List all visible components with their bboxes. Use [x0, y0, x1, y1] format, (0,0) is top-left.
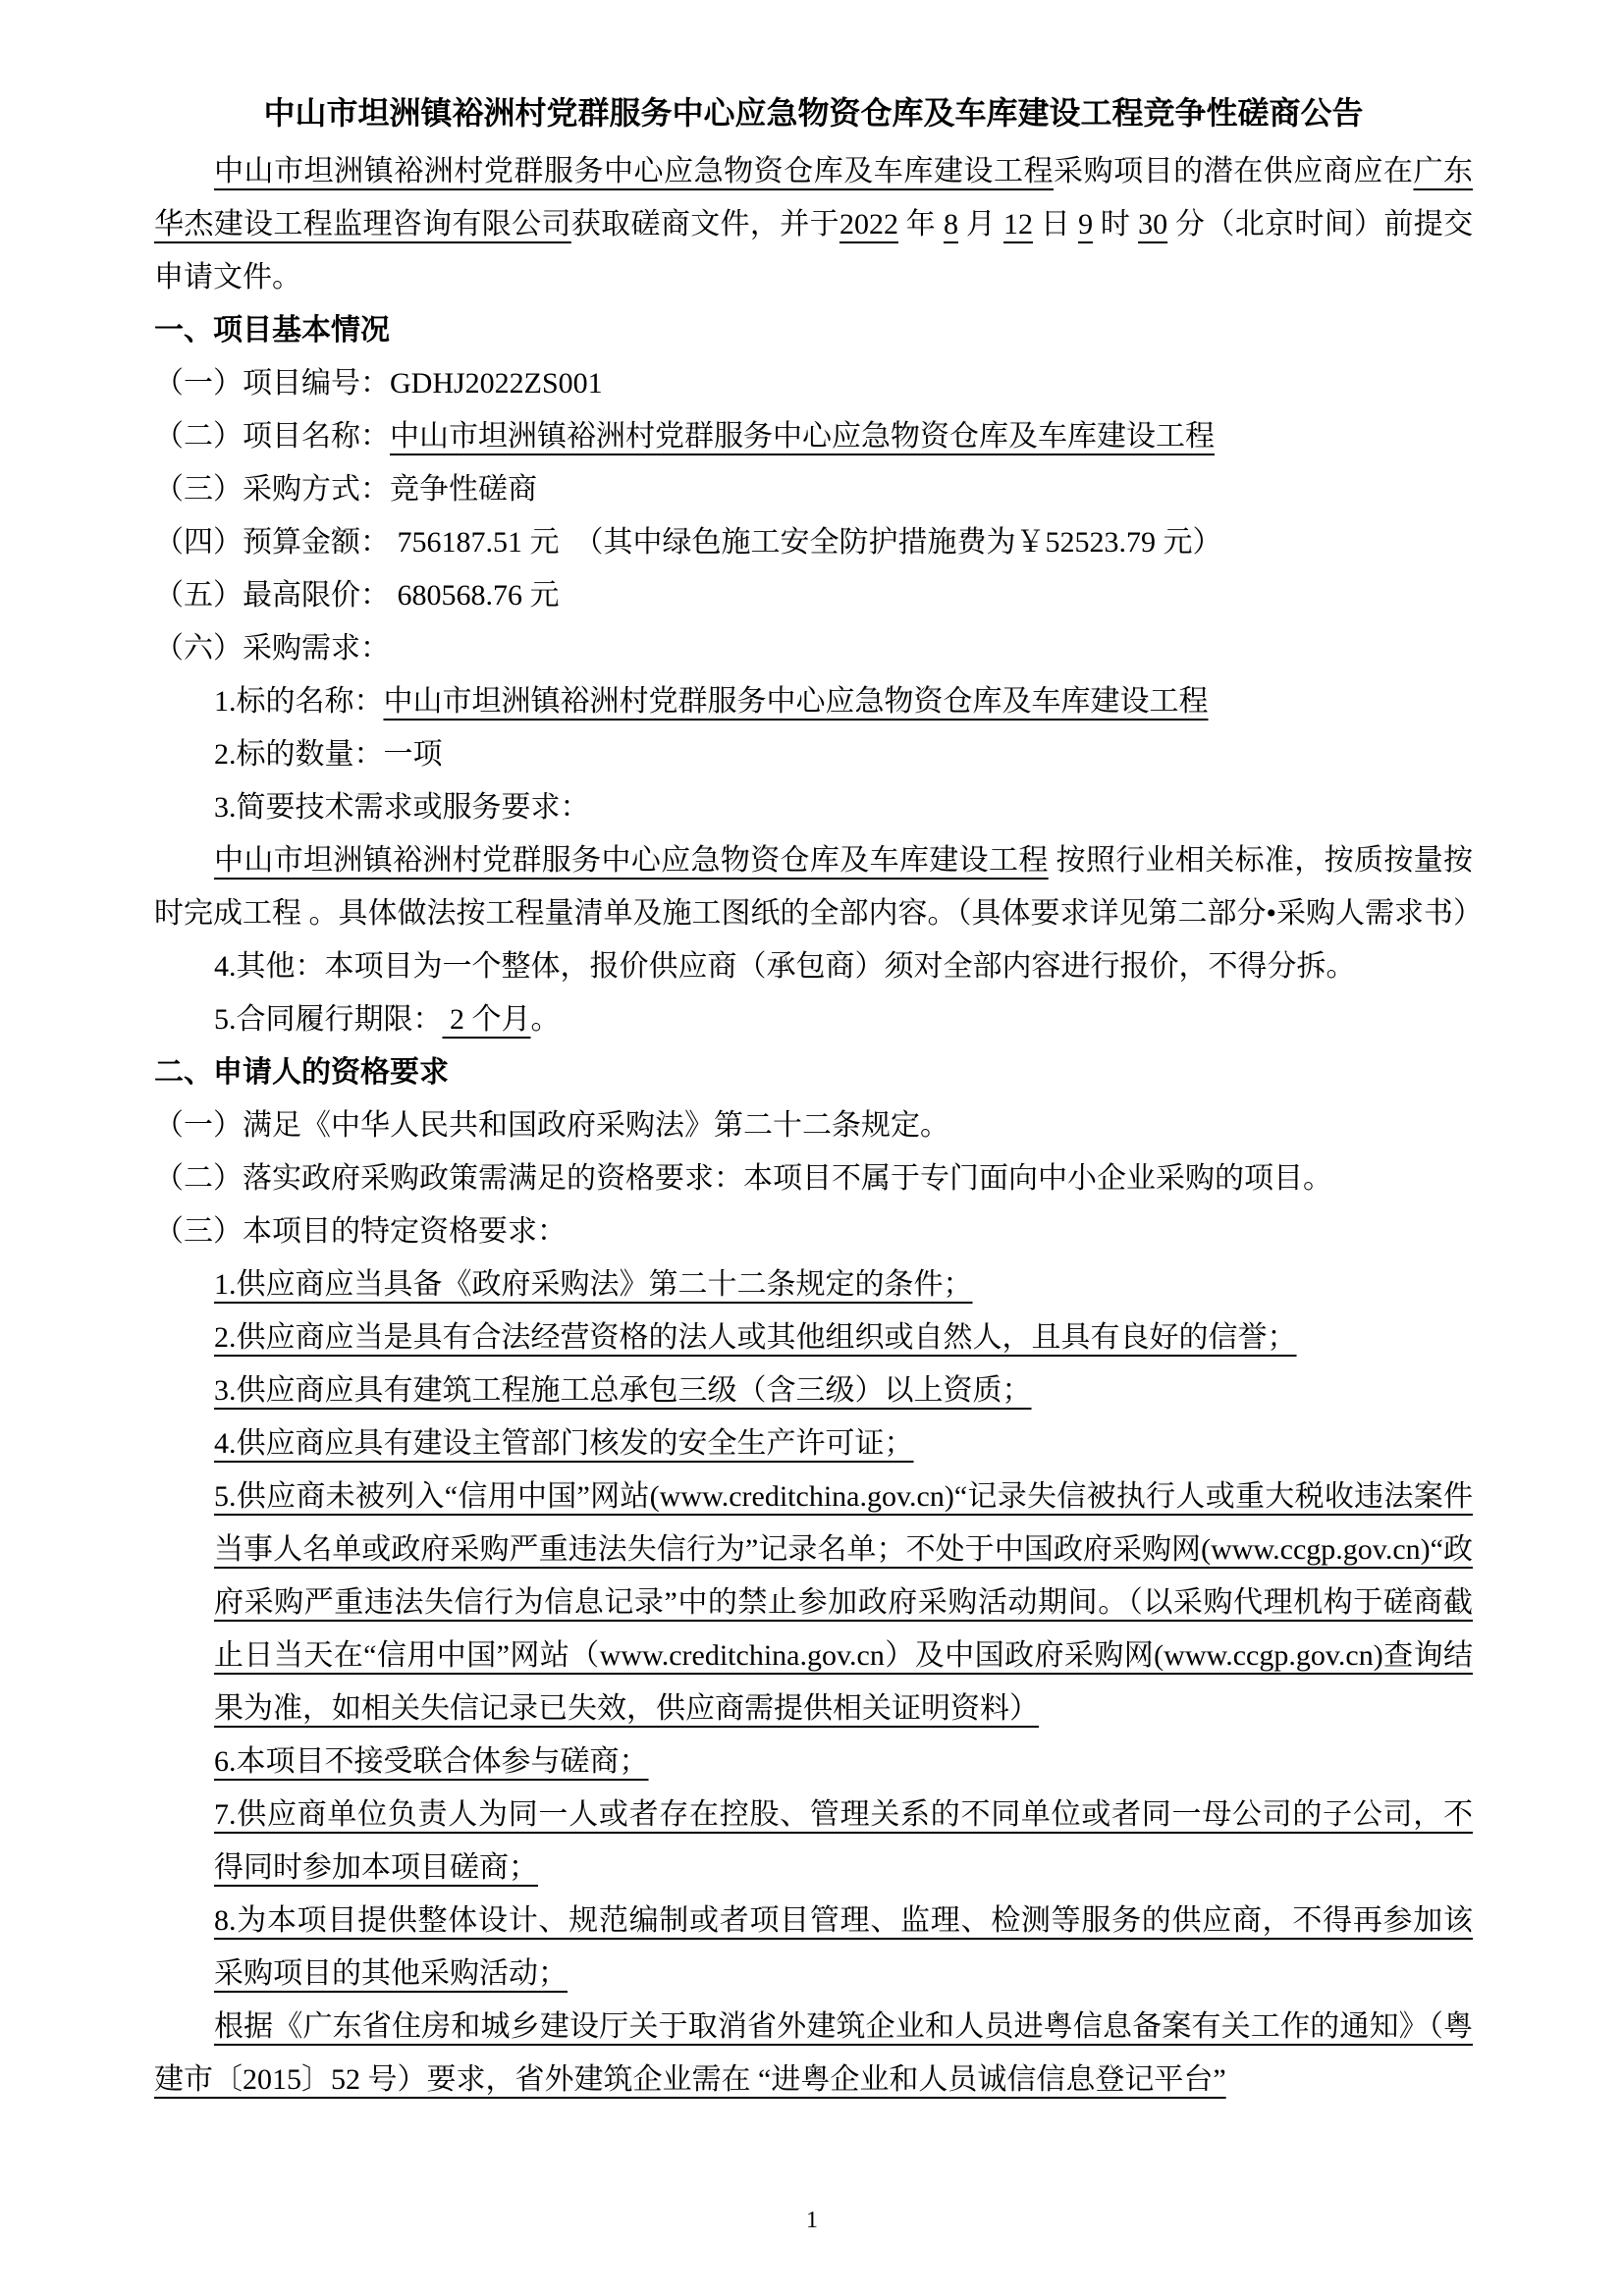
qualification-specific: （三）本项目的特定资格要求：	[154, 1205, 1473, 1258]
section-heading-2: 二、申请人的资格要求	[154, 1046, 1473, 1099]
text-run: 月	[958, 208, 1003, 240]
text-run: 3.简要技术需求或服务要求：	[214, 791, 590, 824]
underlined-text: 中山市坦洲镇裕洲村党群服务中心应急物资仓库及车库建设工程	[384, 685, 1209, 718]
text-run: 时	[1093, 208, 1138, 240]
text-run: 二、申请人的资格要求	[154, 1056, 449, 1089]
underlined-text: 中山市坦洲镇裕洲村党群服务中心应急物资仓库及车库建设工程	[214, 155, 1054, 187]
underlined-text: 8.为本项目提供整体设计、规范编制或者项目管理、监理、检测等服务的供应商，不得再…	[214, 1904, 1473, 1990]
text-run: （二）落实政府采购政策需满足的资格要求：本项目不属于专门面向中小企业采购的项目。	[154, 1162, 1332, 1195]
sub-item-other: 4.其他：本项目为一个整体，报价供应商（承包商）须对全部内容进行报价，不得分拆。	[154, 940, 1473, 993]
item-procurement-demand: （六）采购需求：	[154, 622, 1473, 675]
document-body: 中山市坦洲镇裕洲村党群服务中心应急物资仓库及车库建设工程采购项目的潜在供应商应在…	[154, 145, 1473, 2107]
qualification-policy: （二）落实政府采购政策需满足的资格要求：本项目不属于专门面向中小企业采购的项目。	[154, 1152, 1473, 1205]
document-content: 中山市坦洲镇裕洲村党群服务中心应急物资仓库及车库建设工程竞争性磋商公告 中山市坦…	[154, 84, 1473, 2107]
underlined-text: 中山市坦洲镇裕洲村党群服务中心应急物资仓库及车库建设工程	[390, 420, 1215, 453]
technical-requirements-detail: 中山市坦洲镇裕洲村党群服务中心应急物资仓库及车库建设工程 按照行业相关标准，按质…	[154, 834, 1473, 940]
document-page: 中山市坦洲镇裕洲村党群服务中心应急物资仓库及车库建设工程竞争性磋商公告 中山市坦…	[0, 0, 1624, 2296]
underlined-text: 2.供应商应当是具有合法经营资格的法人或其他组织或自然人，且具有良好的信誉；	[214, 1321, 1297, 1354]
text-run: 2.标的数量：一项	[214, 738, 443, 771]
sub-item-subject-name: 1.标的名称：中山市坦洲镇裕洲村党群服务中心应急物资仓库及车库建设工程	[154, 675, 1473, 728]
text-run: （三）采购方式：竞争性磋商	[154, 473, 537, 506]
text-run: 1.标的名称：	[214, 685, 384, 718]
underlined-text: 6.本项目不接受联合体参与磋商；	[214, 1745, 649, 1778]
text-run: 。	[531, 1003, 561, 1036]
sub-item-subject-quantity: 2.标的数量：一项	[154, 728, 1473, 781]
underlined-text: 30	[1138, 208, 1167, 240]
text-run: 一、项目基本情况	[154, 314, 390, 347]
underlined-text: 12	[1003, 208, 1033, 240]
qualification-general: （一）满足《中华人民共和国政府采购法》第二十二条规定。	[154, 1099, 1473, 1152]
intro-paragraph: 中山市坦洲镇裕洲村党群服务中心应急物资仓库及车库建设工程采购项目的潜在供应商应在…	[154, 145, 1473, 304]
specific-requirement-6: 6.本项目不接受联合体参与磋商；	[214, 1735, 1473, 1789]
text-run: 日	[1033, 208, 1078, 240]
text-run: （三）本项目的特定资格要求：	[154, 1215, 567, 1248]
underlined-text: 9	[1078, 208, 1093, 240]
item-project-number: （一）项目编号：GDHJ2022ZS001	[154, 357, 1473, 410]
text-run: 5.合同履行期限：	[214, 1003, 443, 1036]
item-budget: （四）预算金额： 756187.51 元 （其中绿色施工安全防护措施费为￥525…	[154, 516, 1473, 569]
text-run: （一）满足《中华人民共和国政府采购法》第二十二条规定。	[154, 1109, 949, 1142]
text-run: 获取磋商文件，并于	[571, 208, 839, 240]
text-run: 年	[898, 208, 944, 240]
underlined-text: 4.供应商应具有建设主管部门核发的安全生产许可证；	[214, 1427, 914, 1460]
text-run: （四）预算金额： 756187.51 元 （其中绿色施工安全防护措施费为￥525…	[154, 526, 1222, 559]
text-run: （五）最高限价： 680568.76 元	[154, 579, 560, 612]
specific-requirement-8: 8.为本项目提供整体设计、规范编制或者项目管理、监理、检测等服务的供应商，不得再…	[214, 1895, 1473, 2001]
underlined-text: 2022	[839, 208, 898, 240]
underlined-text: 根据《广东省住房和城乡建设厅关于取消省外建筑企业和人员进粤信息备案有关工作的通知…	[154, 2010, 1473, 2096]
specific-requirement-4: 4.供应商应具有建设主管部门核发的安全生产许可证；	[214, 1417, 1473, 1470]
out-of-province-notice: 根据《广东省住房和城乡建设厅关于取消省外建筑企业和人员进粤信息备案有关工作的通知…	[154, 2001, 1473, 2107]
underlined-text: 5.供应商未被列入“信用中国”网站(www.creditchina.gov.cn…	[214, 1480, 1473, 1725]
specific-requirement-2: 2.供应商应当是具有合法经营资格的法人或其他组织或自然人，且具有良好的信誉；	[214, 1311, 1473, 1364]
underlined-text: 3.供应商应具有建筑工程施工总承包三级（含三级）以上资质；	[214, 1374, 1032, 1407]
specific-requirement-1: 1.供应商应当具备《政府采购法》第二十二条规定的条件；	[214, 1258, 1473, 1311]
underlined-text: 8	[944, 208, 958, 240]
sub-item-technical-requirements: 3.简要技术需求或服务要求：	[154, 781, 1473, 834]
text-run: 采购项目的潜在供应商应在	[1054, 155, 1413, 187]
underlined-text: 中山市坦洲镇裕洲村党群服务中心应急物资仓库及车库建设工程	[214, 844, 1049, 877]
underlined-text: 2 个月	[443, 1003, 531, 1036]
underlined-text: 7.供应商单位负责人为同一人或者存在控股、管理关系的不同单位或者同一母公司的子公…	[214, 1798, 1473, 1884]
specific-requirement-3: 3.供应商应具有建筑工程施工总承包三级（含三级）以上资质；	[214, 1364, 1473, 1417]
document-title: 中山市坦洲镇裕洲村党群服务中心应急物资仓库及车库建设工程竞争性磋商公告	[154, 84, 1473, 141]
underlined-text: 1.供应商应当具备《政府采购法》第二十二条规定的条件；	[214, 1268, 973, 1301]
text-run: （一）项目编号：GDHJ2022ZS001	[154, 367, 603, 400]
text-run: （二）项目名称：	[154, 420, 390, 453]
item-max-price: （五）最高限价： 680568.76 元	[154, 569, 1473, 622]
specific-requirement-7: 7.供应商单位负责人为同一人或者存在控股、管理关系的不同单位或者同一母公司的子公…	[214, 1789, 1473, 1895]
section-heading-1: 一、项目基本情况	[154, 304, 1473, 357]
specific-requirement-5: 5.供应商未被列入“信用中国”网站(www.creditchina.gov.cn…	[214, 1470, 1473, 1735]
text-run: 4.其他：本项目为一个整体，报价供应商（承包商）须对全部内容进行报价，不得分拆。	[214, 950, 1356, 983]
text-run: （六）采购需求：	[154, 632, 390, 665]
item-project-name: （二）项目名称：中山市坦洲镇裕洲村党群服务中心应急物资仓库及车库建设工程	[154, 410, 1473, 463]
page-number: 1	[0, 2207, 1624, 2234]
sub-item-contract-period: 5.合同履行期限： 2 个月。	[154, 993, 1473, 1046]
item-procurement-method: （三）采购方式：竞争性磋商	[154, 463, 1473, 516]
